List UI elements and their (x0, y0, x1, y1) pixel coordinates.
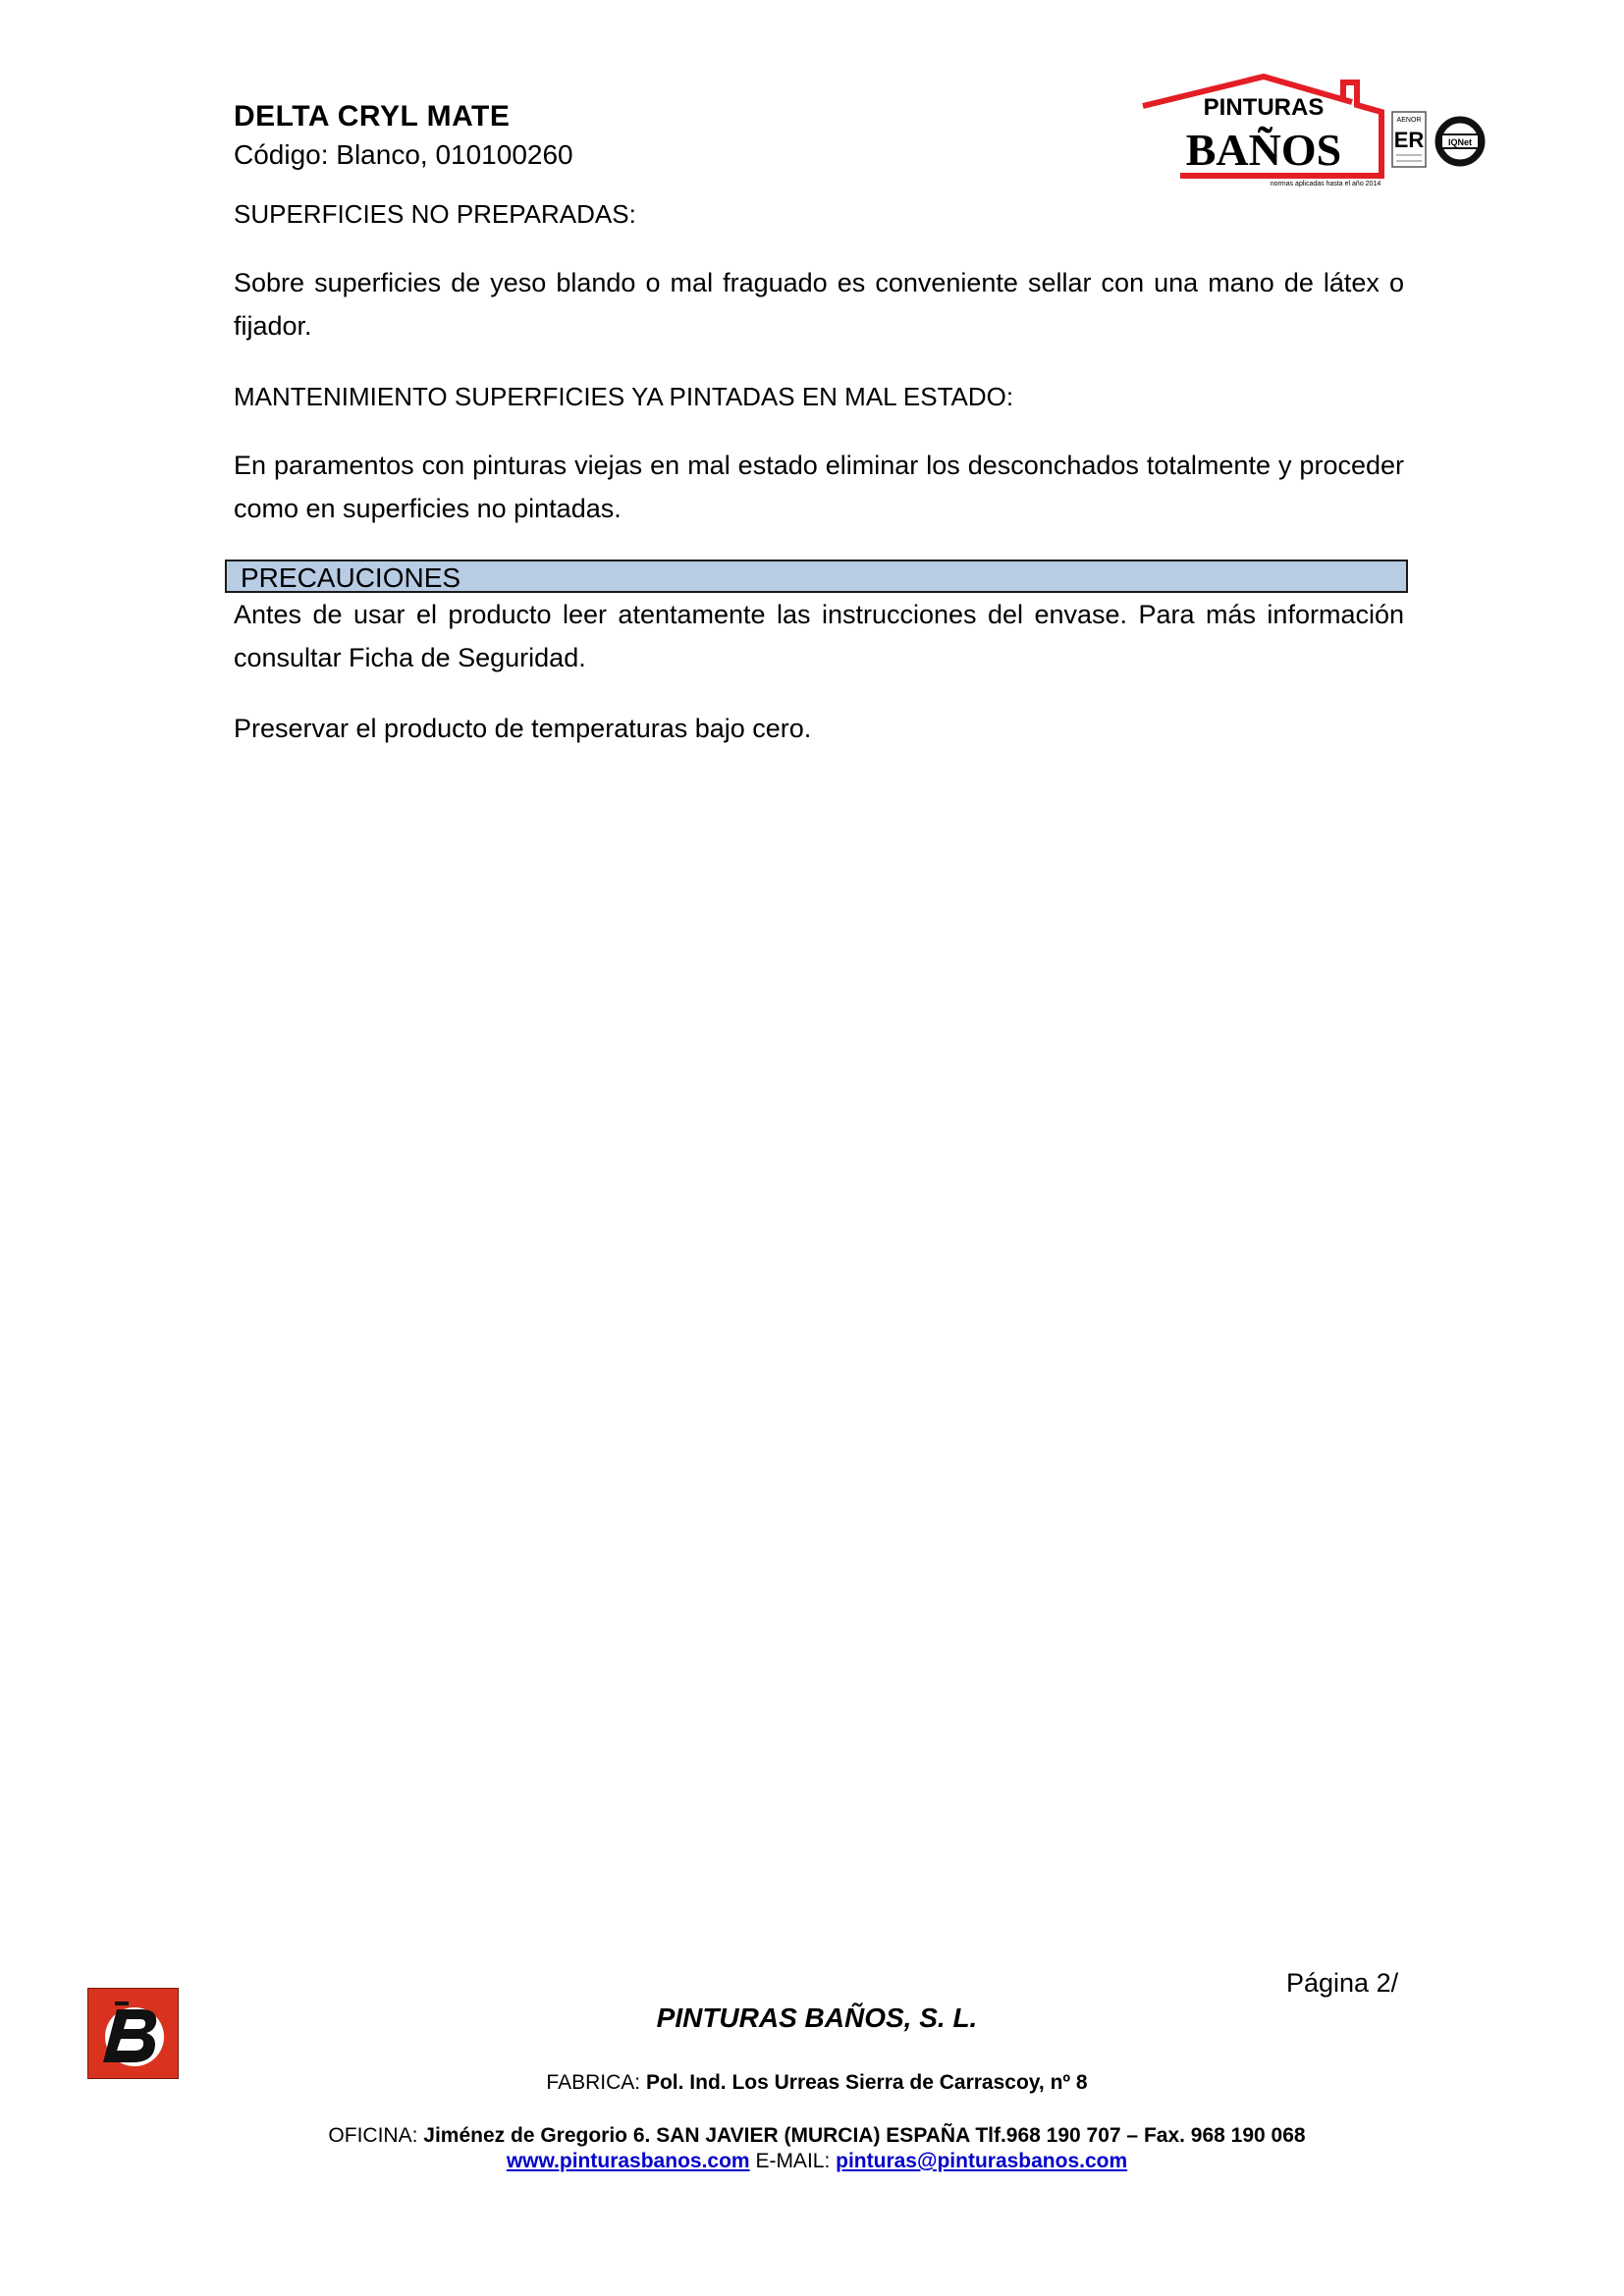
section-heading-unprepared: SUPERFICIES NO PREPARADAS: (234, 192, 1404, 236)
paragraph-precautions-2: Preservar el producto de temperaturas ba… (234, 707, 1404, 750)
svg-text:IQNet: IQNet (1448, 137, 1472, 147)
factory-address-line: FABRICA: Pol. Ind. Los Urreas Sierra de … (0, 2071, 1624, 2095)
paragraph-precautions-1: Antes de usar el producto leer atentamen… (234, 593, 1404, 679)
svg-text:normas aplicadas hasta el año: normas aplicadas hasta el año 2014 (1271, 181, 1381, 187)
svg-text:BAÑOS: BAÑOS (1186, 125, 1341, 175)
email-link[interactable]: pinturas@pinturasbanos.com (836, 2150, 1127, 2172)
svg-text:ER: ER (1394, 128, 1425, 152)
office-address: Jiménez de Gregorio 6. SAN JAVIER (MURCI… (423, 2124, 1305, 2147)
factory-address: Pol. Ind. Los Urreas Sierra de Carrascoy… (646, 2071, 1088, 2094)
section-title-precautions: PRECAUCIONES (241, 562, 460, 594)
paragraph-maintenance: En paramentos con pinturas viejas en mal… (234, 444, 1404, 530)
office-address-line: OFICINA: Jiménez de Gregorio 6. SAN JAVI… (0, 2124, 1624, 2148)
aenor-er-certificate-icon: AENOR ER (1392, 112, 1426, 167)
pinturas-banos-logo: PINTURAS BAÑOS AENOR ER IQNet normas apl… (1139, 63, 1502, 190)
page-number: Página 2/ (1286, 1968, 1398, 1999)
paragraph-unprepared: Sobre superficies de yeso blando o mal f… (234, 261, 1404, 347)
product-code: Código: Blanco, 010100260 (234, 139, 573, 171)
office-label: OFICINA: (328, 2124, 417, 2147)
contact-line: www.pinturasbanos.com E-MAIL: pinturas@p… (0, 2150, 1624, 2173)
email-label: E-MAIL: (755, 2150, 830, 2172)
website-link[interactable]: www.pinturasbanos.com (507, 2150, 750, 2172)
company-name: PINTURAS BAÑOS, S. L. (0, 2002, 1624, 2034)
svg-text:AENOR: AENOR (1397, 117, 1422, 124)
svg-text:PINTURAS: PINTURAS (1204, 94, 1325, 121)
factory-label: FABRICA: (546, 2071, 640, 2094)
section-heading-maintenance: MANTENIMIENTO SUPERFICIES YA PINTADAS EN… (234, 375, 1404, 418)
product-title: DELTA CRYL MATE (234, 100, 510, 133)
section-bar-precautions: PRECAUCIONES (225, 560, 1408, 593)
iqnet-certificate-icon: IQNet (1438, 120, 1482, 163)
